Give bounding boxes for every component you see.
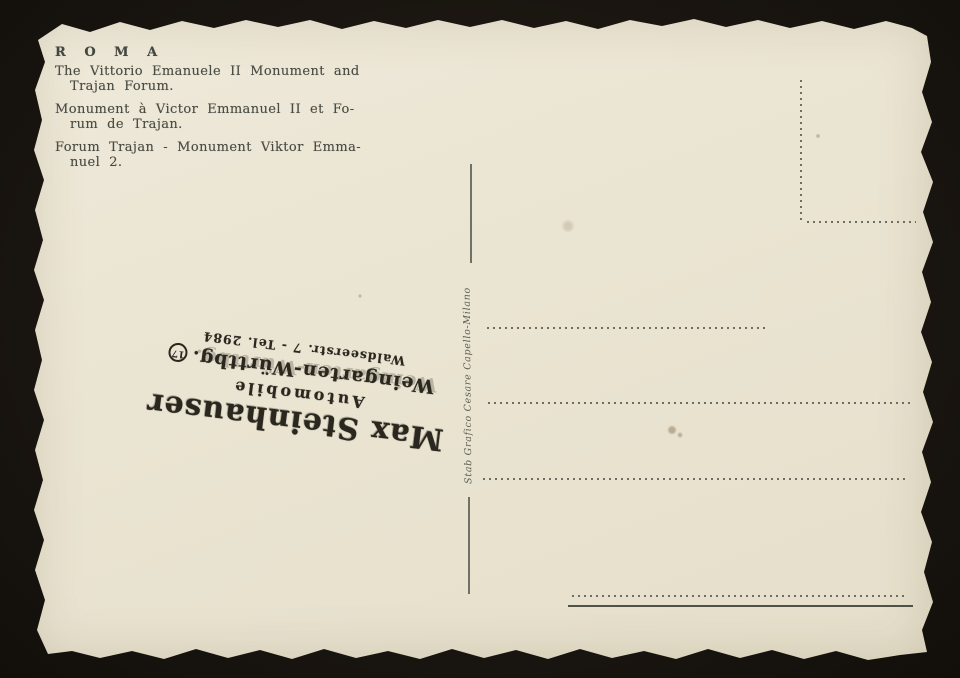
caption-line: Forum Trajan - Monument Viktor Emma-	[55, 141, 435, 156]
caption-line: nuel 2.	[55, 156, 435, 171]
address-line-2	[488, 402, 914, 404]
caption-english: The Vittorio Emanuele II Monument and Tr…	[55, 65, 435, 94]
postal-district-badge: 17	[168, 342, 189, 363]
caption-line: Monument à Victor Emmanuel II et Fo-	[55, 103, 435, 118]
caption-german: Forum Trajan - Monument Viktor Emma- nue…	[55, 141, 435, 170]
rubber-stamp: Max Steinhauser Automobile Weingarten-Wü…	[135, 321, 462, 456]
center-divider-bottom	[468, 497, 470, 594]
address-line-4-dotted	[572, 595, 908, 597]
stamp-placement-box-bottom-edge	[807, 221, 916, 223]
scan-background: R O M A The Vittorio Emanuele II Monumen…	[0, 0, 960, 678]
address-line-1	[487, 327, 768, 329]
caption-line: rum de Trajan.	[55, 118, 435, 133]
caption-line: The Vittorio Emanuele II Monument and	[55, 65, 435, 80]
publisher-imprint: Stab Grafico Cesare Capello-Milano	[460, 279, 477, 491]
address-line-3	[483, 478, 906, 480]
caption-block: The Vittorio Emanuele II Monument and Tr…	[55, 65, 435, 179]
postcard-back: R O M A The Vittorio Emanuele II Monumen…	[28, 14, 934, 662]
caption-line: Trajan Forum.	[55, 80, 435, 95]
address-line-4-solid	[568, 605, 913, 607]
postcard-title: R O M A	[55, 45, 164, 60]
stamp-placement-box-left-edge	[800, 80, 802, 222]
caption-french: Monument à Victor Emmanuel II et Fo- rum…	[55, 103, 435, 132]
center-divider-top	[470, 164, 472, 263]
